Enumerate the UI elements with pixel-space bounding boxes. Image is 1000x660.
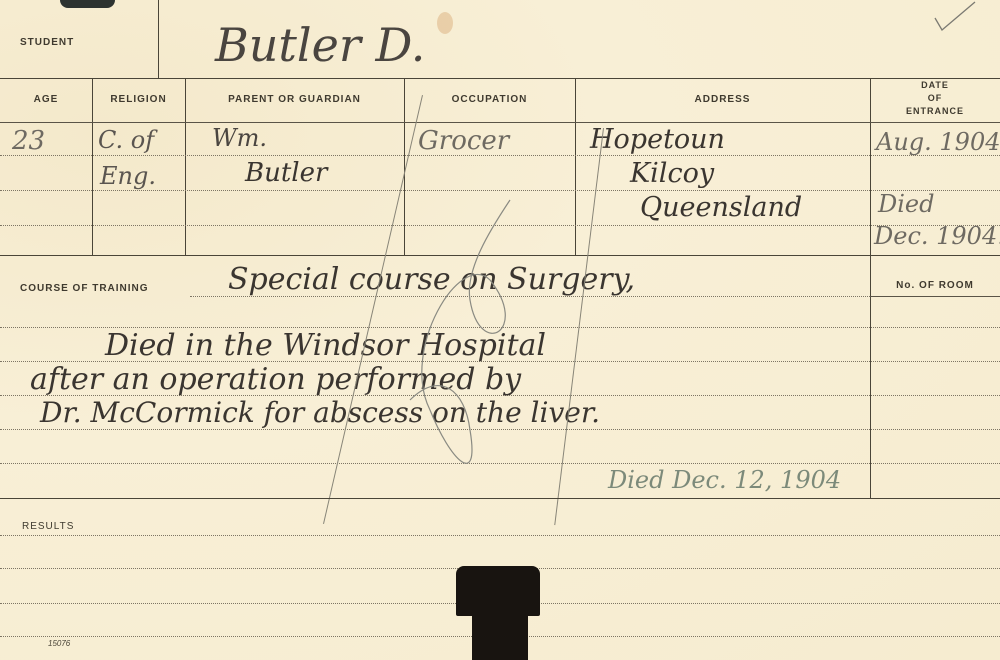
parent-value-1: Wm. [212, 124, 267, 152]
religion-value-1: C. of [98, 126, 154, 154]
paper-stain [437, 12, 453, 34]
address-value-2: Kilcoy [630, 158, 714, 189]
course-label: COURSE OF TRAINING [20, 283, 149, 294]
died-label: Died [878, 190, 934, 218]
parent-header: PARENT OR GUARDIAN [185, 94, 404, 105]
age-value: 23 [12, 126, 45, 156]
date-header-1: DATE [870, 80, 1000, 90]
parent-value-2: Butler [245, 158, 327, 188]
age-header: AGE [0, 94, 92, 105]
student-label: STUDENT [20, 37, 74, 48]
student-record-card: STUDENT Butler D. AGE RELIGION PARENT OR… [0, 0, 1000, 660]
address-value-1: Hopetoun [590, 124, 725, 155]
results-label: RESULTS [22, 521, 74, 532]
religion-value-2: Eng. [100, 162, 156, 190]
date-header-3: ENTRANCE [870, 106, 1000, 116]
divider [0, 78, 1000, 79]
punch-hole-slot [472, 612, 528, 660]
occupation-value: Grocer [418, 126, 509, 156]
address-header: ADDRESS [575, 94, 870, 105]
form-serial-number: 15076 [48, 639, 70, 648]
ink-blot [60, 0, 115, 8]
death-date-note: Died Dec. 12, 1904 [608, 466, 841, 494]
divider [0, 122, 1000, 123]
check-mark-icon [930, 0, 980, 35]
entrance-date: Aug. 1904 [876, 128, 1000, 156]
death-month: Dec. 1904. [874, 222, 1000, 250]
student-name: Butler D. [215, 18, 425, 72]
pencil-signature [370, 190, 540, 490]
divider [0, 498, 1000, 499]
address-value-3: Queensland [640, 192, 802, 223]
punch-hole [456, 566, 540, 616]
dotted-rule [0, 535, 1000, 536]
occupation-header: OCCUPATION [404, 94, 575, 105]
divider [870, 296, 1000, 297]
religion-header: RELIGION [92, 94, 185, 105]
date-header-2: OF [870, 93, 1000, 103]
header-divider [158, 0, 159, 78]
room-label: No. OF ROOM [870, 280, 1000, 291]
